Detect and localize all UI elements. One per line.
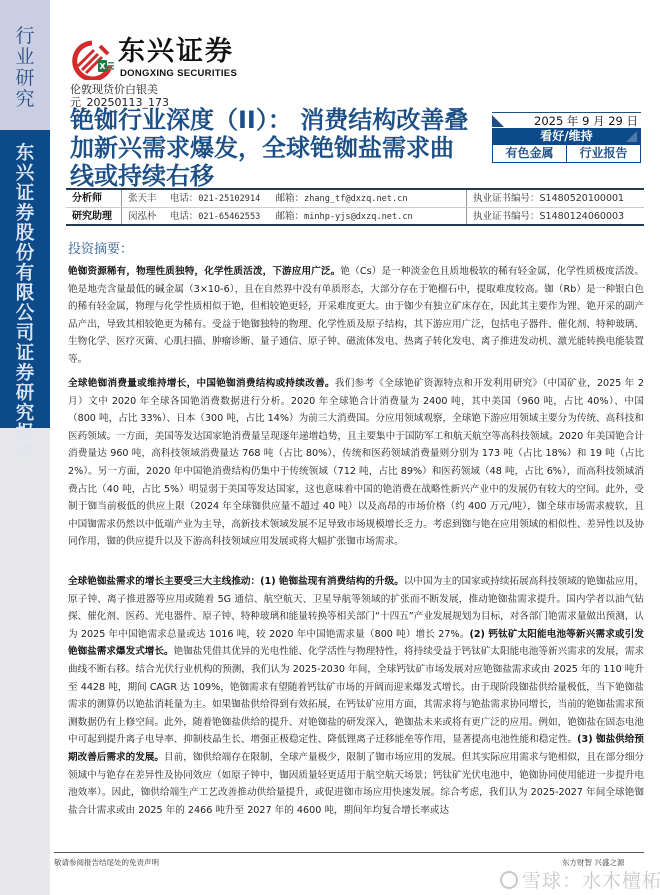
sidebar-company-label: 东兴证券股份有限公司证券研究报告	[13, 144, 37, 464]
summary-paragraph-1: 铯铷资源稀有，物理性质独特，化学性质活泼，下游应用广泛。铯（Cs）是一种淡金色且…	[68, 263, 644, 369]
paragraph-text: 我们参考《全球铯矿资源特点和开发利用研究》（中国矿业，2025 年 2 月）文中…	[68, 378, 644, 547]
sidebar-category-label: 行业研究	[13, 26, 37, 110]
footer-disclaimer: 敬请参阅报告结尾处的免责声明	[54, 857, 159, 868]
analyst-contact: 闵泓朴 电话：021-65462553 邮箱：minhp-yjs@dxzq.ne…	[122, 208, 467, 224]
paragraph-text-2: 铯铷盐凭借其优异的光电性能、化学活性与物理特性，将持续受益于钙钛矿太阳能电池等新…	[68, 646, 644, 745]
rating-view: 看好/维持	[492, 128, 641, 145]
rating-view-text: 看好/维持	[540, 129, 592, 143]
watermark: 雪球：水木檀柘	[500, 866, 660, 893]
company-logo: 东兴证券 DONGXING SECURITIES	[70, 36, 240, 82]
report-date-text: 2025 年 9 月 29 日	[534, 114, 638, 128]
footer-divider	[54, 852, 644, 853]
logo-name-cn: 东兴证券	[118, 36, 234, 68]
sidebar-category-block: 行业研究	[0, 0, 50, 130]
report-type-label: 行业报告	[567, 145, 640, 162]
analyst-role: 分析师	[66, 190, 122, 207]
summary-paragraph-2: 全球铯铷消费量或维持增长，中国铯铷消费结构或持续改善。我们参考《全球铯矿资源特点…	[68, 375, 644, 551]
analyst-email[interactable]: zhang_tf@dxzq.net.cn	[304, 194, 407, 204]
analyst-email[interactable]: minhp-yjs@dxzq.net.cn	[304, 212, 413, 222]
paragraph-text: 铯（Cs）是一种淡金色且质地极软的稀有轻金属，化学性质极度活泼。铯是地壳含量最低…	[68, 266, 644, 365]
xueqiu-logo-icon	[500, 871, 518, 889]
analyst-contact: 张天丰 电话：021-25102914 邮箱：zhang_tf@dxzq.net…	[122, 190, 467, 207]
summary-heading: 投资摘要：	[68, 238, 133, 257]
watermark-text: 雪球：水木檀柘	[522, 870, 660, 892]
left-sidebar: 行业研究 东兴证券股份有限公司证券研究报告	[0, 0, 50, 895]
paragraph-lead: 全球铯铷盐需求的增长主要受三大主线推动：(1) 铯铷盐现有消费结构的升级。	[68, 576, 404, 587]
excel-file-icon[interactable]: X	[98, 60, 114, 72]
analyst-role: 研究助理	[66, 208, 122, 224]
analyst-phone: 021-65462553	[198, 212, 260, 222]
corner-triangle-icon	[626, 131, 637, 142]
sidebar-company-block: 东兴证券股份有限公司证券研究报告	[0, 130, 50, 428]
analyst-row: 研究助理 闵泓朴 电话：021-65462553 邮箱：minhp-yjs@dx…	[66, 207, 644, 224]
analyst-table: 分析师 张天丰 电话：021-25102914 邮箱：zhang_tf@dxzq…	[66, 188, 644, 226]
paragraph-lead: 铯铷资源稀有，物理性质独特，化学性质活泼，下游应用广泛。	[68, 266, 340, 277]
sector-label: 有色金属	[493, 145, 567, 162]
rating-cells: 有色金属 行业报告	[492, 145, 641, 163]
analyst-cert: 执业证书编号：S1480124060003	[467, 208, 624, 224]
email-label: 邮箱：	[276, 211, 305, 222]
analyst-phone: 021-25102914	[198, 194, 260, 204]
rating-box: 2025 年 9 月 29 日 看好/维持 有色金属 行业报告	[492, 112, 641, 163]
svg-text:X: X	[99, 62, 106, 71]
corner-triangle-icon	[492, 115, 504, 127]
analyst-cert: 执业证书编号：S1480520100001	[467, 190, 624, 207]
analyst-name: 张天丰	[128, 193, 157, 204]
phone-label: 电话：	[170, 211, 199, 222]
summary-paragraph-3: 全球铯铷盐需求的增长主要受三大主线推动：(1) 铯铷盐现有消费结构的升级。以中国…	[68, 573, 644, 819]
analyst-name: 闵泓朴	[128, 211, 157, 222]
analyst-row: 分析师 张天丰 电话：021-25102914 邮箱：zhang_tf@dxzq…	[66, 190, 644, 207]
phone-label: 电话：	[170, 193, 199, 204]
paragraph-lead: 全球铯铷消费量或维持增长，中国铯铷消费结构或持续改善。	[68, 378, 335, 389]
report-date: 2025 年 9 月 29 日	[492, 112, 641, 128]
report-title: 铯铷行业深度（II）： 消费结构改善叠加新兴需求爆发，全球铯铷盐需求曲线或持续右…	[70, 106, 470, 190]
logo-name-en: DONGXING SECURITIES	[120, 68, 237, 79]
email-label: 邮箱：	[276, 193, 305, 204]
file-label-line1: 伦敦现货价白银美	[70, 83, 169, 96]
